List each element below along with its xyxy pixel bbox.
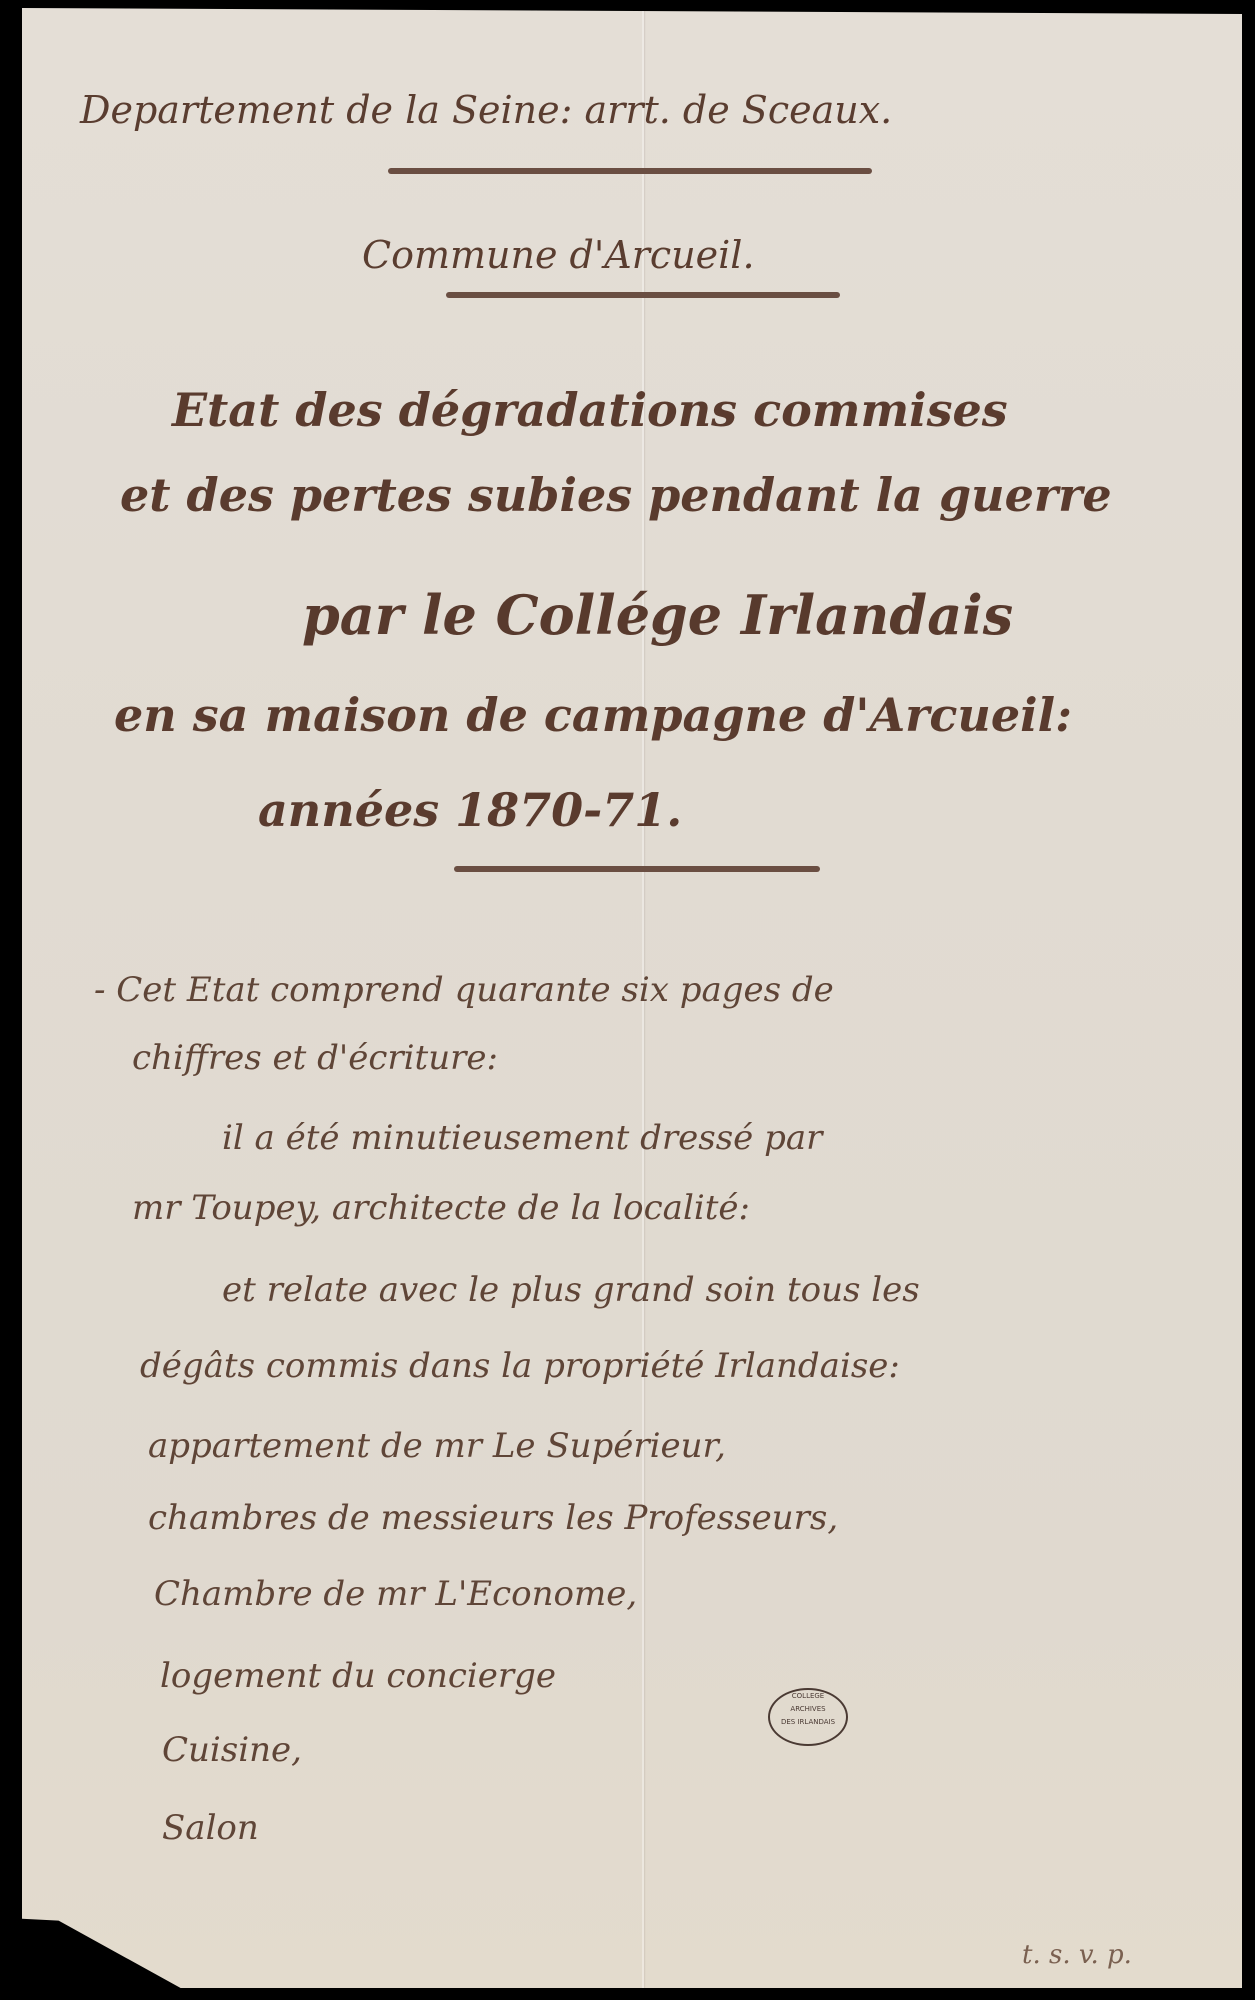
body-line: logement du concierge — [160, 1656, 556, 1696]
body-line: et relate avec le plus grand soin tous l… — [222, 1270, 920, 1310]
body-line: Chambre de mr L'Econome, — [154, 1574, 637, 1614]
body-line: il a été minutieusement dressé par — [222, 1118, 822, 1158]
stamp-text: ARCHIVES — [770, 1703, 846, 1716]
header-department: Departement de la Seine: arrt. de Sceaux… — [80, 88, 892, 132]
title-underline — [454, 866, 820, 872]
body-line: appartement de mr Le Supérieur, — [148, 1426, 726, 1466]
body-line: dégâts commis dans la propriété Irlandai… — [140, 1346, 900, 1386]
commune-underline — [446, 292, 840, 298]
body-line: Cuisine, — [162, 1730, 302, 1770]
body-line: mr Toupey, architecte de la localité: — [132, 1188, 750, 1228]
archive-stamp: COLLEGE ARCHIVES DES IRLANDAIS — [768, 1688, 848, 1746]
body-line: Salon — [162, 1808, 259, 1848]
stamp-text: DES IRLANDAIS — [770, 1716, 846, 1729]
title-line-2: et des pertes subies pendant la guerre — [120, 468, 1112, 522]
signoff-tsvp: t. s. v. p. — [1022, 1940, 1132, 1970]
header-underline — [388, 168, 872, 174]
body-line: - Cet Etat comprend quarante six pages d… — [94, 970, 834, 1010]
stamp-text: COLLEGE — [770, 1690, 846, 1703]
title-line-1: Etat des dégradations commises — [172, 383, 1008, 437]
body-line: chambres de messieurs les Professeurs, — [148, 1498, 838, 1538]
title-line-3: par le Collége Irlandais — [302, 583, 1013, 647]
title-line-5: années 1870-71. — [258, 783, 682, 837]
body-line: chiffres et d'écriture: — [132, 1038, 498, 1078]
manuscript-page: Departement de la Seine: arrt. de Sceaux… — [22, 8, 1242, 1988]
header-commune: Commune d'Arcueil. — [362, 233, 755, 277]
title-line-4: en sa maison de campagne d'Arcueil: — [114, 688, 1072, 742]
